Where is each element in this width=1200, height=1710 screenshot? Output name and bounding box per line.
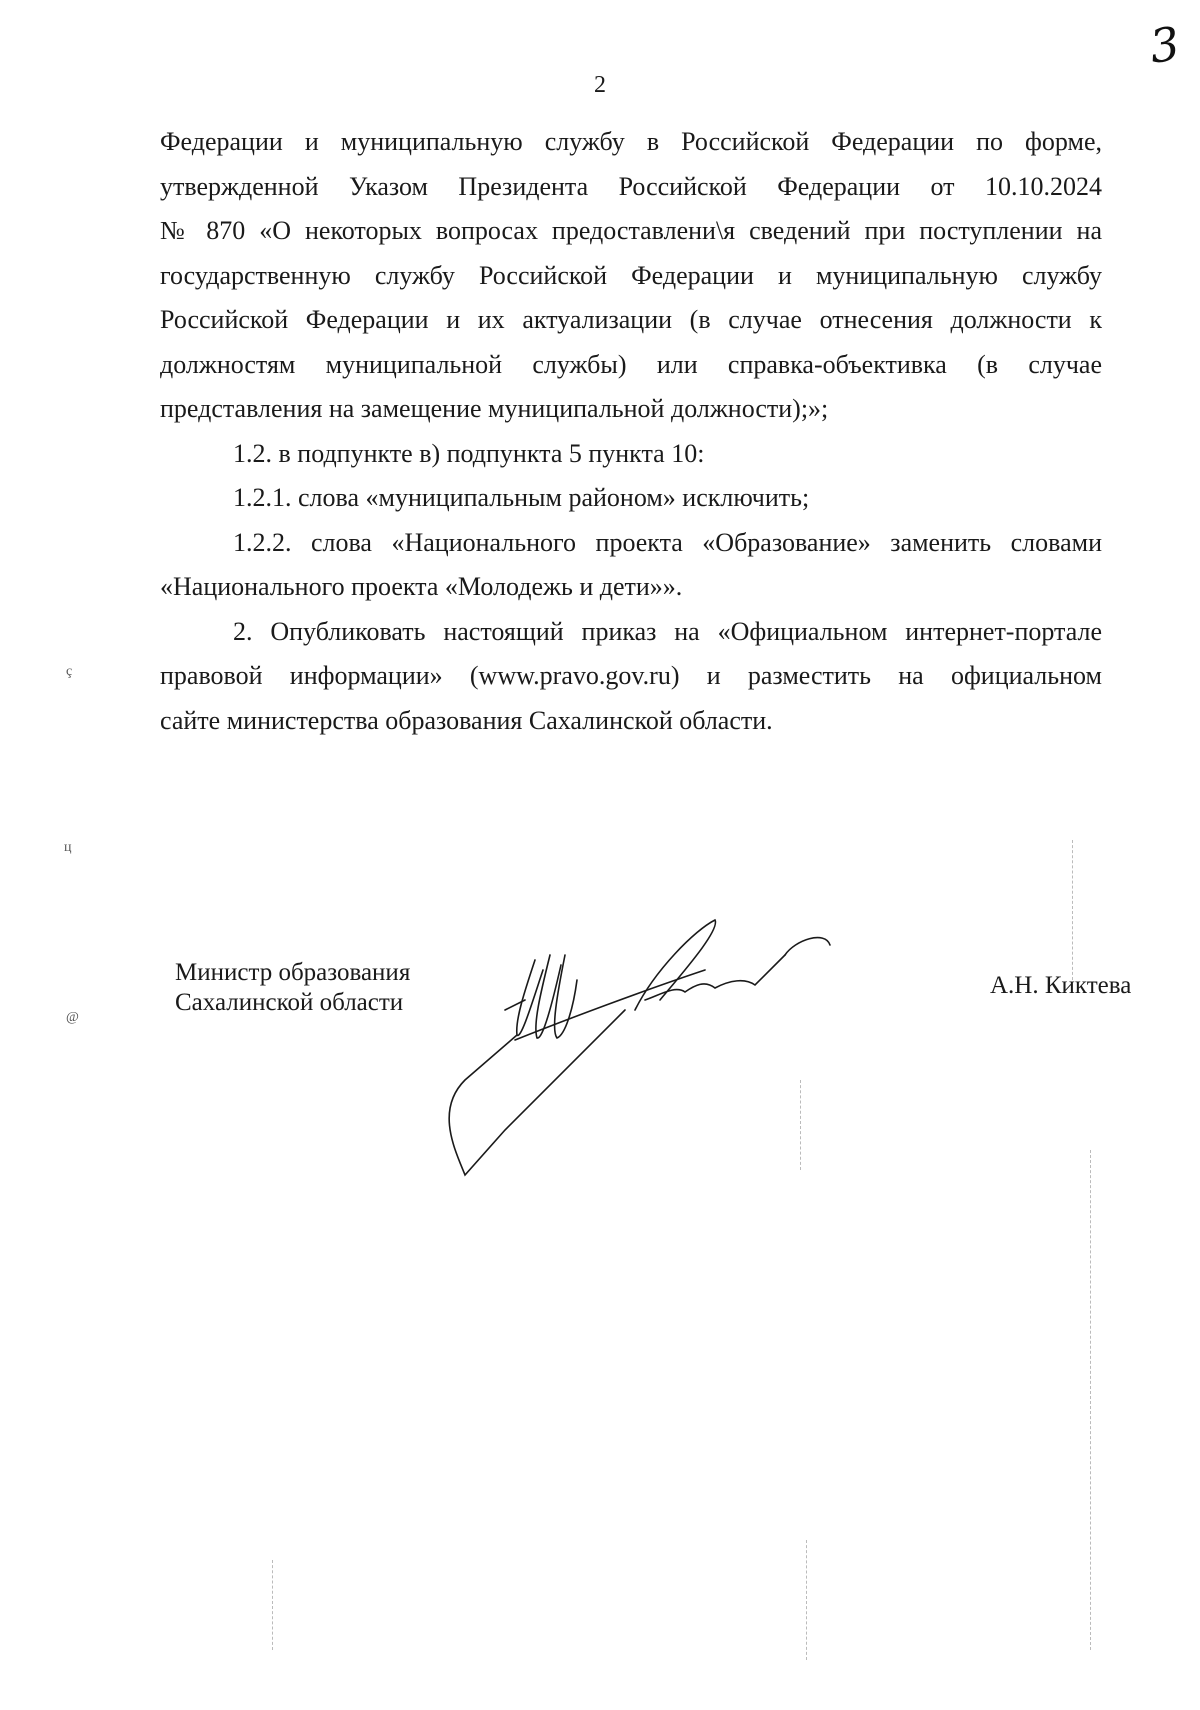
signatory-position: Министр образования Сахалинской области	[175, 958, 410, 1018]
paragraph-line: утвержденной Указом Президента Российско…	[160, 165, 1102, 210]
scan-artifact: ç	[66, 664, 72, 680]
paragraph-line: Федерации и муниципальную службу в Росси…	[160, 120, 1102, 165]
scan-artifact-line	[1090, 1150, 1092, 1650]
scan-artifact-line	[800, 1080, 802, 1170]
page-number: 2	[0, 72, 1200, 99]
signatory-name: А.Н. Киктева	[990, 972, 1131, 1000]
paragraph-line: № 870 «О некоторых вопросах предоставлен…	[160, 209, 1102, 254]
clause-2-cont: правовой информации» (www.pravo.gov.ru) …	[160, 654, 1102, 699]
position-line: Министр образования	[175, 958, 410, 988]
scan-artifact: @	[66, 1010, 79, 1026]
scan-artifact-line	[806, 1540, 808, 1660]
handwritten-signature	[445, 900, 905, 1180]
paragraph-line: должностям муниципальной службы) или спр…	[160, 343, 1102, 388]
position-line: Сахалинской области	[175, 988, 410, 1018]
clause-2-cont: сайте министерства образования Сахалинск…	[160, 699, 1102, 744]
paragraph-line: государственную службу Российской Федера…	[160, 254, 1102, 299]
scan-artifact-line	[1072, 840, 1074, 980]
paragraph-line: представления на замещение муниципальной…	[160, 387, 1102, 432]
scan-artifact-line	[272, 1560, 274, 1650]
handwritten-page-mark: 3	[1146, 16, 1183, 74]
clause-1-2-2: 1.2.2. слова «Национального проекта «Обр…	[160, 521, 1102, 566]
paragraph-line: Российской Федерации и их актуализации (…	[160, 298, 1102, 343]
clause-1-2: 1.2. в подпункте в) подпункта 5 пункта 1…	[160, 432, 1102, 477]
clause-1-2-2-cont: «Национального проекта «Молодежь и дети»…	[160, 565, 1102, 610]
document-body: Федерации и муниципальную службу в Росси…	[160, 120, 1102, 743]
clause-2: 2. Опубликовать настоящий приказ на «Офи…	[160, 610, 1102, 655]
scan-artifact: ц	[64, 840, 72, 856]
clause-1-2-1: 1.2.1. слова «муниципальным районом» иск…	[160, 476, 1102, 521]
